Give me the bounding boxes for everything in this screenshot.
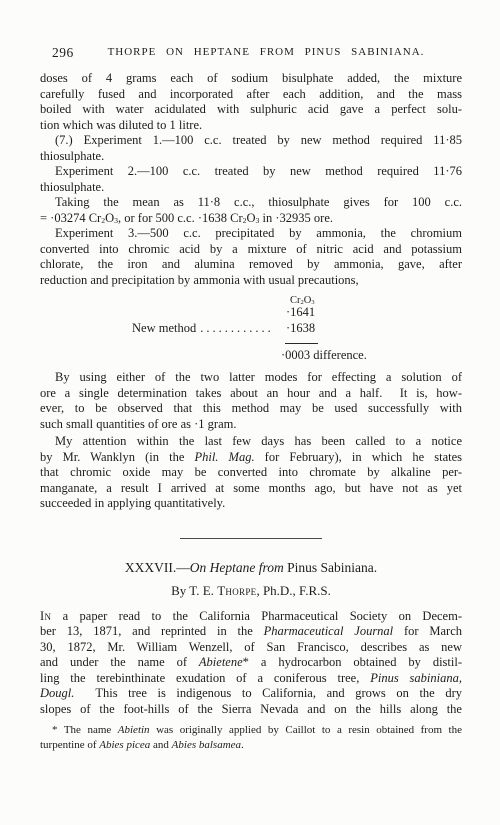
text-line: thiosulphate. xyxy=(40,149,462,165)
text-line: Dougl. This tree is indigenous to Califo… xyxy=(40,686,462,702)
text-line: My attention within the last few days ha… xyxy=(40,434,462,450)
table-value-1638: ·1638 xyxy=(286,321,315,337)
text-line: turpentine of Abies picea and Abies bals… xyxy=(40,738,462,753)
dot-leader: ............ xyxy=(196,321,274,335)
paragraph-wanklyn-notice: My attention within the last few days ha… xyxy=(40,434,462,512)
table-row-label: New method............ xyxy=(132,321,274,337)
text-line: and under the name of Abietene* a hydroc… xyxy=(40,655,462,671)
article-byline: By T. E. Thorpe, Ph.D., F.R.S. xyxy=(40,583,462,598)
text-line: Experiment 2.—100 c.c. treated by new me… xyxy=(40,164,462,180)
page-header: 296 THORPE ON HEPTANE FROM PINUS SABINIA… xyxy=(40,45,462,60)
section-divider xyxy=(180,538,322,539)
document-page: 296 THORPE ON HEPTANE FROM PINUS SABINIA… xyxy=(0,0,500,825)
text-line: slopes of the foot-hills of the Sierra N… xyxy=(40,702,462,718)
text-line: (7.) Experiment 1.—100 c.c. treated by n… xyxy=(40,133,462,149)
page-number: 296 xyxy=(52,45,74,61)
text-line: such small quantities of ore as ·1 gram. xyxy=(40,417,462,433)
table-value-1641: ·1641 xyxy=(286,305,315,321)
text-line: ever, to be observed that this method ma… xyxy=(40,401,462,417)
article-first-paragraph: In a paper read to the California Pharma… xyxy=(40,609,462,718)
footnote: * The name Abietin was originally applie… xyxy=(40,723,462,753)
text-line: In a paper read to the California Pharma… xyxy=(40,609,462,625)
text-line: Taking the mean as 11·8 c.c., thiosulpha… xyxy=(40,195,462,211)
text-line: 30, 1872, Mr. William Wenzell, of San Fr… xyxy=(40,640,462,656)
text-line: ling the terebinthinate exudation of a c… xyxy=(40,671,462,687)
text-line: = ·03274 Cr2O3, or for 500 c.c. ·1638 Cr… xyxy=(40,211,462,227)
new-method-label: New method xyxy=(132,321,196,335)
paragraph-experiment-2: Experiment 2.—100 c.c. treated by new me… xyxy=(40,164,462,195)
text-line: Experiment 3.—500 c.c. precipitated by a… xyxy=(40,226,462,242)
text-line: carefully fused and incorporated after e… xyxy=(40,87,462,103)
text-line: by Mr. Wanklyn (in the Phil. Mag. for Fe… xyxy=(40,450,462,466)
sum-rule xyxy=(285,343,318,344)
text-line: chlorate, the iron and alumina removed b… xyxy=(40,257,462,273)
table-difference: ·0003 difference. xyxy=(281,348,367,364)
running-title: THORPE ON HEPTANE FROM PINUS SABINIANA. xyxy=(100,46,432,58)
text-line: * The name Abietin was originally applie… xyxy=(40,723,462,738)
paragraph-mean: Taking the mean as 11·8 c.c., thiosulpha… xyxy=(40,195,462,226)
text-line: boiled with water acidulated with sulphu… xyxy=(40,102,462,118)
text-line: that chromic oxide may be converted into… xyxy=(40,465,462,481)
text-line: ber 13, 1871, and reprinted in the Pharm… xyxy=(40,624,462,640)
text-line: By using either of the two latter modes … xyxy=(40,370,462,386)
text-line: converted into chromic acid by a mixture… xyxy=(40,242,462,258)
text-line: manganate, a result I arrived at some mo… xyxy=(40,481,462,497)
paragraph-two-latter-modes: By using either of the two latter modes … xyxy=(40,370,462,432)
text-line: succeeded in applying quantitatively. xyxy=(40,496,462,512)
paragraph-experiment-3: Experiment 3.—500 c.c. precipitated by a… xyxy=(40,226,462,288)
text-line: doses of 4 grams each of sodium bisulpha… xyxy=(40,71,462,87)
text-line: tion which was diluted to 1 litre. xyxy=(40,118,462,134)
text-line: reduction and precipitation by ammonia w… xyxy=(40,273,462,289)
paragraph-experiment-1: (7.) Experiment 1.—100 c.c. treated by n… xyxy=(40,133,462,164)
paragraph-doses: doses of 4 grams each of sodium bisulpha… xyxy=(40,71,462,133)
results-table: Cr2O3 ·1641 New method............ ·1638… xyxy=(40,288,462,370)
text-line: thiosulphate. xyxy=(40,180,462,196)
page-body: doses of 4 grams each of sodium bisulpha… xyxy=(40,71,462,753)
text-line: ore a single determination takes about a… xyxy=(40,386,462,402)
article-title: XXXVII.—On Heptane from Pinus Sabiniana. xyxy=(40,559,462,576)
